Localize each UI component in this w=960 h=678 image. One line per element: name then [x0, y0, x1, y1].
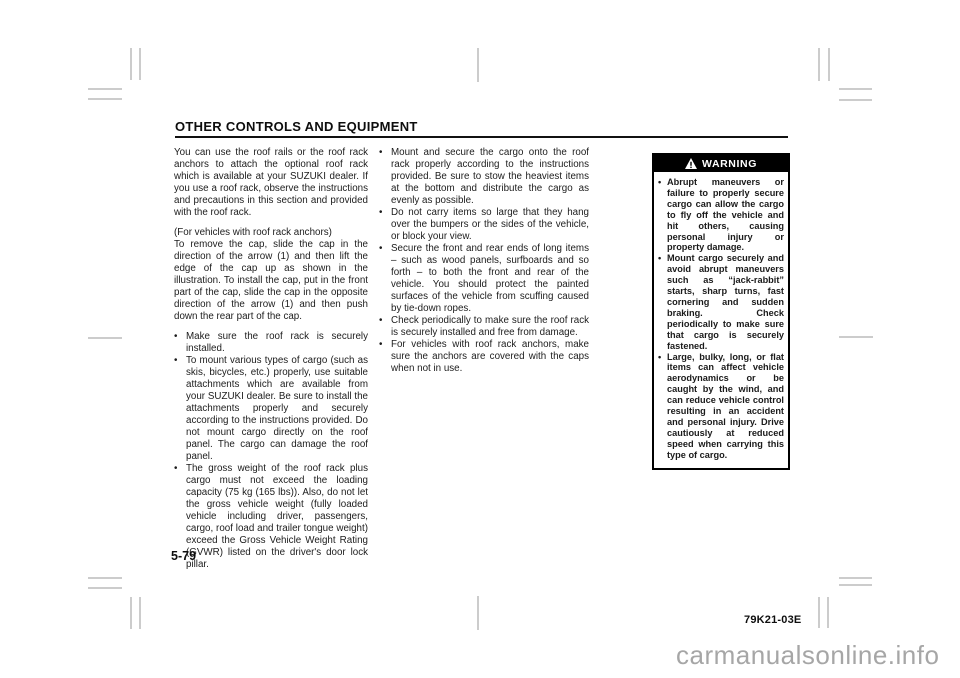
list-item: • For vehicles with roof rack anchors, m… — [379, 339, 589, 375]
list-item: • Secure the front and rear ends of long… — [379, 243, 589, 315]
list-item: • Large, bulky, long, or flat items can … — [658, 352, 784, 461]
paragraph: (For vehicles with roof rack anchors) — [174, 227, 368, 239]
watermark: carmanualsonline.info — [676, 640, 939, 671]
bullet-icon: • — [174, 355, 186, 463]
bullet-icon: • — [174, 331, 186, 355]
document-code: 79K21-03E — [744, 614, 801, 626]
list-item: • Check periodically to make sure the ro… — [379, 315, 589, 339]
bullet-icon: • — [379, 315, 391, 339]
crop-mark — [130, 48, 132, 80]
bullet-icon: • — [658, 253, 667, 351]
crop-mark — [130, 597, 132, 629]
crop-mark — [88, 577, 122, 579]
manual-page: OTHER CONTROLS AND EQUIPMENT You can use… — [0, 0, 960, 678]
list-item-text: Do not carry items so large that they ha… — [391, 207, 589, 243]
crop-mark — [88, 337, 122, 339]
list-item: • Make sure the roof rack is securely in… — [174, 331, 368, 355]
crop-mark — [839, 336, 873, 338]
crop-mark — [477, 596, 479, 630]
header-rule — [175, 136, 788, 138]
list-item: • Mount and secure the cargo onto the ro… — [379, 147, 589, 207]
list-item-text: To mount various types of cargo (such as… — [186, 355, 368, 463]
crop-mark — [827, 597, 829, 628]
warning-header: WARNING — [654, 155, 788, 172]
text-column-2: • Mount and secure the cargo onto the ro… — [379, 147, 589, 375]
crop-mark — [839, 577, 872, 579]
crop-mark — [139, 597, 141, 629]
crop-mark — [839, 88, 872, 90]
list-item-text: The gross weight of the roof rack plus c… — [186, 463, 368, 571]
text-column-1: You can use the roof rails or the roof r… — [174, 147, 368, 571]
warning-body: • Abrupt maneuvers or failure to properl… — [654, 172, 788, 468]
list-item-text: Abrupt maneuvers or failure to properly … — [667, 177, 784, 253]
list-item-text: Mount and secure the cargo onto the roof… — [391, 147, 589, 207]
list-item: • The gross weight of the roof rack plus… — [174, 463, 368, 571]
list-item: • Do not carry items so large that they … — [379, 207, 589, 243]
list-item-text: For vehicles with roof rack anchors, mak… — [391, 339, 589, 375]
bullet-icon: • — [379, 339, 391, 375]
warning-box: WARNING • Abrupt maneuvers or failure to… — [652, 153, 790, 470]
paragraph: You can use the roof rails or the roof r… — [174, 147, 368, 219]
crop-mark — [88, 98, 122, 100]
list-item-text: Make sure the roof rack is securely inst… — [186, 331, 368, 355]
crop-mark — [839, 99, 872, 101]
list-item-text: Secure the front and rear ends of long i… — [391, 243, 589, 315]
list-item: • Mount cargo securely and avoid abrupt … — [658, 253, 784, 351]
crop-mark — [88, 587, 122, 589]
crop-mark — [828, 48, 830, 81]
crop-mark — [139, 48, 141, 80]
crop-mark — [818, 597, 820, 628]
crop-mark — [839, 584, 872, 586]
warning-title: WARNING — [702, 158, 757, 170]
bullet-icon: • — [658, 352, 667, 461]
list-item: • To mount various types of cargo (such … — [174, 355, 368, 463]
page-number: 5-79 — [171, 549, 196, 563]
crop-mark — [477, 48, 479, 82]
list-item-text: Large, bulky, long, or flat items can af… — [667, 352, 784, 461]
bullet-icon: • — [658, 177, 667, 253]
paragraph: To remove the cap, slide the cap in the … — [174, 239, 368, 323]
crop-mark — [818, 48, 820, 81]
bullet-icon: • — [379, 207, 391, 243]
list-item: • Abrupt maneuvers or failure to properl… — [658, 177, 784, 253]
warning-triangle-icon — [685, 158, 697, 169]
list-item-text: Mount cargo securely and avoid abrupt ma… — [667, 253, 784, 351]
list-item-text: Check periodically to make sure the roof… — [391, 315, 589, 339]
bullet-icon: • — [379, 243, 391, 315]
chapter-title: OTHER CONTROLS AND EQUIPMENT — [175, 119, 418, 134]
bullet-icon: • — [379, 147, 391, 207]
crop-mark — [88, 88, 122, 90]
